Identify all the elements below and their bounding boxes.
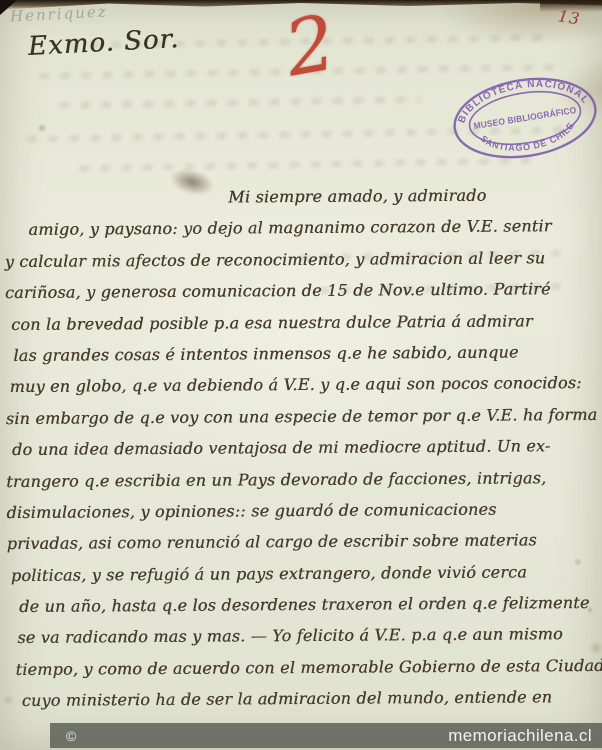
letter-line: y calcular mis afectos de reconocimiento…: [5, 242, 597, 278]
stamp-text-middle: MUSEO BIBLIOGRÁFICO: [473, 105, 577, 131]
letter-line: tiempo, y como de acuerdo con el memorab…: [15, 650, 599, 685]
letter-line: disimulaciones, y opiniones:: se guardó …: [6, 493, 598, 529]
letter-line: de un año, hasta q.e los desordenes trax…: [19, 587, 599, 622]
letter-line: politicas, y se refugió á un pays extran…: [11, 556, 599, 591]
letter-line: privadas, asi como renunció al cargo de …: [7, 524, 599, 560]
letter-line: muy en globo, q.e va debiendo á V.E. y q…: [9, 367, 597, 402]
letter-body: Mi siempre amado, y admirado amigo, y pa…: [4, 179, 600, 717]
letter-line: sin embargo de q.e voy con una especie d…: [6, 399, 598, 435]
letter-line: trangero q.e escribia en un Pays devorad…: [6, 461, 598, 497]
letter-line: Mi siempre amado, y admirado: [228, 179, 596, 213]
letter-line: do una idea demasiado ventajosa de mi me…: [12, 430, 598, 465]
letter-line: cuyo ministerio ha de ser la admiracion …: [22, 681, 600, 716]
watermark-bar: © memoriachilena.cl: [50, 723, 602, 748]
letter-line: con la brevedad posible p.a esa nuestra …: [11, 304, 597, 339]
letter-line: amigo, y paysano: yo dejo al magnanimo c…: [28, 210, 596, 245]
letter-line: las grandes cosas é intentos inmensos q.…: [13, 336, 597, 371]
letter-line: cariñosa, y generosa comunicacion de 15 …: [5, 273, 597, 309]
copyright-icon: ©: [66, 728, 76, 744]
watermark-site-label: memoriachilena.cl: [448, 726, 592, 746]
folio-number: 13: [557, 6, 582, 28]
letter-line: se va radicando mas y mas. — Yo felicito…: [17, 618, 599, 653]
manuscript-page: Henriquez Exmo. Sor. 2 13 BIBLIOTECA NAC…: [0, 0, 602, 750]
